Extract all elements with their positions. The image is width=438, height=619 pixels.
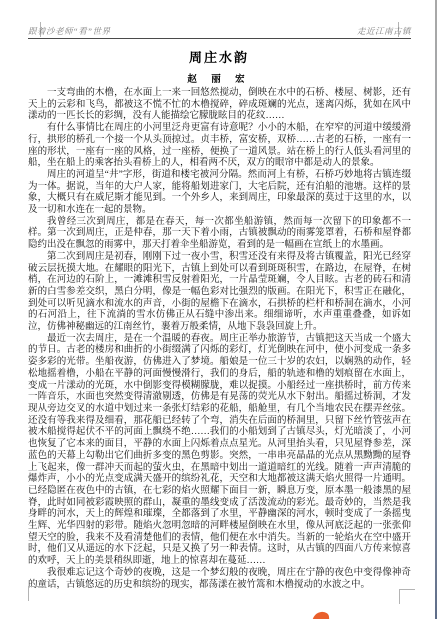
orange-logo-fragment-icon	[312, 611, 330, 619]
paragraph: 有什么事情比在周庄的小河里泛舟更富有诗意呢？小小的木船，在窄窄的河道中缓缓滑行，…	[28, 123, 411, 170]
paragraph: 第二次到周庄是初春，刚刚下过一夜小雪，积雪还没有来得及将古镇覆盖，阳光已经穿破云…	[28, 252, 411, 334]
header-left-text: 跟着沙老师“看”世界	[28, 25, 110, 37]
document-page: 跟着沙老师“看”世界 走近江南古镇 周庄水韵 赵 丽 宏 一支弯曲的木橹，在水面…	[0, 0, 438, 619]
paragraph: 一支弯曲的木橹，在水面上一来一回悠然搅动，倒映在水中的石桥、楼屋、树影，还有天上…	[28, 88, 411, 123]
crop-mark-bottom-left	[28, 586, 44, 601]
crop-mark-bottom-right	[399, 589, 415, 604]
paragraph: 周庄的河道呈“井”字形，街道和楼宅被河分隔。然而河上有桥，石桥巧妙地将古镇连缀为…	[28, 170, 411, 217]
paragraph: 我很难忘记这个奇妙的夜晚，这是一个梦幻般的夜晚，周庄在宁静的夜色中变得像神奇的童…	[28, 568, 411, 591]
essay-title: 周庄水韵	[0, 47, 438, 66]
paragraph: 最近一次去周庄，是在一个温暖的春夜。周庄正举办旅游节，古镇把这天当成一个盛大的节…	[28, 334, 411, 568]
page-header: 跟着沙老师“看”世界 走近江南古镇	[28, 25, 411, 39]
header-right-text: 走近江南古镇	[357, 25, 411, 37]
paragraph: 我曾经三次到周庄，都是在春天，每一次都坐船游镇，然而每一次留下的印象都不一样。第…	[28, 217, 411, 252]
window-right-edge-line	[435, 0, 437, 619]
essay-body: 一支弯曲的木橹，在水面上一来一回悠然搅动，倒映在水中的石桥、楼屋、树影，还有天上…	[28, 88, 411, 591]
essay-author: 赵 丽 宏	[0, 71, 438, 85]
